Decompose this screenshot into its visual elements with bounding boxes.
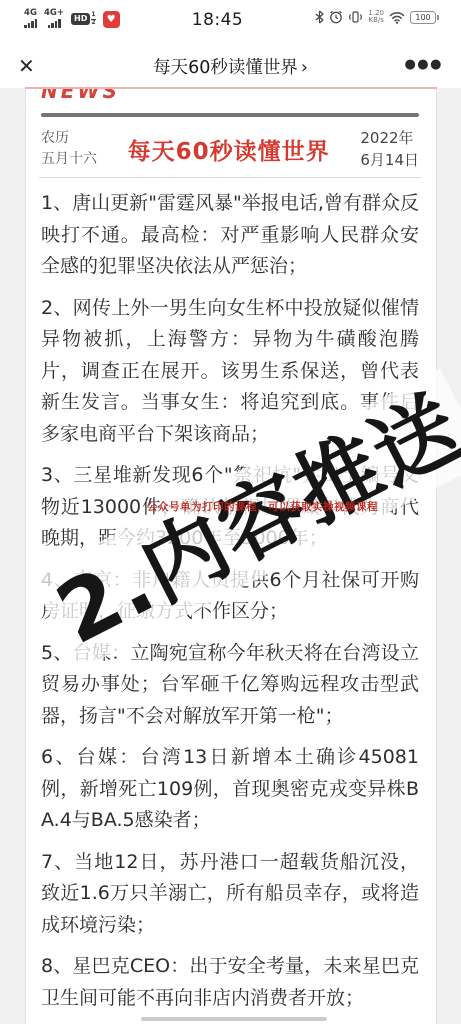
vibrate-icon (348, 10, 363, 24)
news-item-7: 7、当地12日，苏丹港口一超载货船沉没，致近1.6万只羊溺亡，所有船员幸存，或将… (41, 847, 419, 942)
masthead: 农历 五月十六 每天60秒读懂世界 2022年 6月14日 (41, 125, 419, 173)
news-item-8: 8、星巴克CEO：出于安全考量，未来星巴克卫生间可能不再向非店内消费者开放； (41, 951, 419, 1014)
close-icon[interactable]: ✕ (18, 53, 35, 79)
news-item-5: 5、台媒：立陶宛宣称今年秋天将在台湾设立贸易办事处；台军砸千亿筹购远程攻击型武器… (41, 638, 419, 733)
news-item-3: 3、三星堆新发现6个"祭祀坑"共出土编号文物近13000件，确认祭祀坑埋藏年代为… (41, 460, 419, 555)
masthead-title: 每天60秒读懂世界 (128, 133, 330, 166)
more-menu-icon[interactable]: ●●● (404, 52, 443, 78)
news-item-2: 2、网传上外一男生向女生杯中投放疑似催情异物被抓，上海警方：异物为牛磺酸泡腾片，… (41, 293, 419, 451)
phone-screen: 4G 4G+ HD 1 2 ♥ 18:45 (0, 0, 461, 1024)
wifi-icon (389, 11, 405, 24)
gregorian-date: 2022年 6月14日 (360, 127, 419, 171)
page-title[interactable]: 每天60秒读懂世界› (60, 54, 401, 79)
masthead-divider (39, 177, 421, 178)
status-right-cluster: 1.20 KB/s 100 (315, 10, 439, 24)
news-item-1: 1、唐山更新"雷霆风暴"举报电话,曾有群众反映打不通。最高检：对严重影响人民群众… (41, 188, 419, 283)
news-list: 1、唐山更新"雷霆风暴"举报电话,曾有群众反映打不通。最高检：对严重影响人民群众… (41, 188, 419, 1024)
header-rule (41, 113, 419, 117)
article-card: NEWS 农历 五月十六 每天60秒读懂世界 2022年 6月14日 1、唐山更… (25, 89, 437, 1024)
battery-percent: 100 (410, 11, 436, 24)
nav-bar: ✕ 每天60秒读懂世界› ●●● (0, 44, 461, 88)
home-indicator[interactable] (141, 1017, 327, 1022)
battery-icon: 100 (410, 11, 439, 24)
network-speed: 1.20 KB/s (368, 10, 384, 24)
chevron-right-icon: › (301, 58, 308, 78)
news-item-6: 6、台媒：台湾13日新增本土确诊45081例，新增死亡109例，首现奥密克戎变异… (41, 742, 419, 837)
alarm-clock-icon (329, 10, 343, 24)
status-bar: 4G 4G+ HD 1 2 ♥ 18:45 (0, 0, 461, 44)
news-item-4: 4、南京：非户籍人员提供6个月社保可开购房证明，征缴方式不作区分； (41, 565, 419, 628)
news-label-clipped: NEWS (41, 89, 120, 103)
lunar-date: 农历 五月十六 (41, 128, 97, 170)
bluetooth-icon (315, 10, 324, 24)
